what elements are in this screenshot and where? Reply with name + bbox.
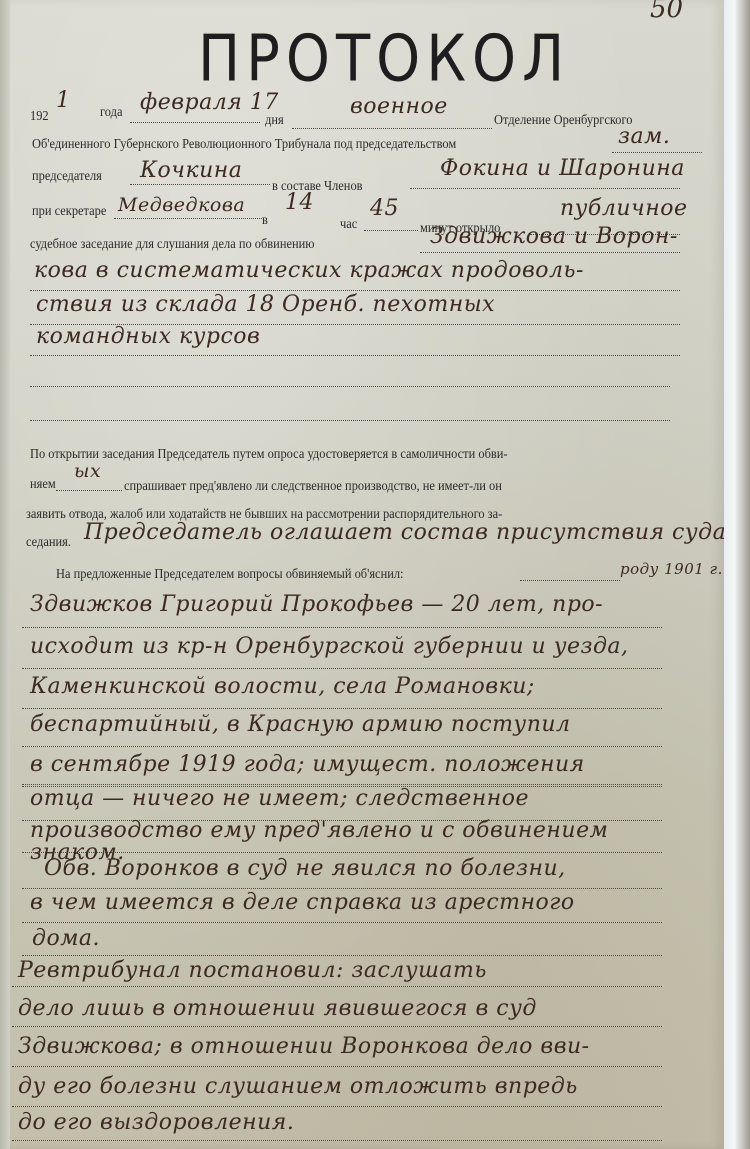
testimony-line: Ревтрибунал постановил: заслушать [18, 958, 487, 983]
testimony-line: исходит из кр-н Оренбургской губернии и … [30, 634, 629, 659]
secretary-handwritten: Медведкова [118, 194, 245, 216]
testimony-line: Обв. Воронков в суд не явился по болезни… [44, 856, 566, 881]
rule [56, 490, 122, 491]
rule [12, 986, 662, 987]
rule [12, 1140, 662, 1141]
opening-line-2-rest: спрашивает пред'явлено ли следственное п… [124, 478, 502, 494]
charge-handwritten-4: командных курсов [36, 324, 260, 349]
page-number-mark: 50 [650, 0, 683, 24]
rule [114, 218, 264, 219]
rule [22, 708, 662, 709]
testimony-line: Здвижков Григорий Прокофьев — 20 лет, пр… [30, 592, 603, 617]
opening-line-4-prefix: седания. [26, 534, 71, 550]
rule [520, 580, 620, 581]
rule [22, 627, 662, 628]
opening-line-5: На предложенные Председателем вопросы об… [56, 566, 404, 582]
chair-title-handwritten: зам. [618, 124, 670, 149]
testimony-line: Каменкинской волости, села Романовки; [30, 674, 535, 699]
birth-year-note: роду 1901 г. [620, 560, 723, 578]
year-label: года [100, 104, 122, 120]
rule [22, 784, 662, 785]
department-handwritten: военное [350, 94, 448, 119]
document-title: ПРОТОКОЛ [198, 22, 570, 97]
chair-name-handwritten: Кочкина [140, 158, 242, 183]
rule [130, 122, 260, 123]
testimony-line: дело лишь в отношении явившегося в суд [18, 996, 537, 1021]
tribunal-name: Об'единенного Губернского Революционного… [32, 136, 456, 152]
page-binding-edge [0, 0, 10, 1149]
rule [30, 386, 670, 387]
rule [22, 888, 662, 889]
in-label: в [262, 212, 268, 228]
testimony-line: в чем имеется в деле справка из арестног… [30, 890, 575, 915]
charge-label: судебное заседание для слушания дела по … [30, 236, 315, 252]
rule [22, 922, 662, 923]
testimony-line: до его выздоровления. [18, 1110, 294, 1135]
secretary-label: при секретаре [32, 203, 106, 219]
rule [292, 128, 492, 129]
testimony-line: дома. [32, 926, 100, 951]
document-page: 50 ПРОТОКОЛ 192 1 года февраля 17 дня во… [0, 0, 724, 1149]
opening-line-1: По открытии заседания Председатель путем… [30, 446, 508, 462]
testimony-line: ду его болезни слушанием отложить впредь [18, 1074, 578, 1099]
department-label: Отделение Оренбургского [494, 112, 633, 128]
rule [612, 152, 702, 153]
month-handwritten: февраля 17 [140, 90, 279, 115]
charge-handwritten-1: Здвижкова и Ворон- [430, 224, 678, 249]
rule [364, 230, 418, 231]
testimony-line: в сентябре 1919 года; имущест. положения [30, 752, 585, 777]
year-handwritten: 1 [56, 88, 71, 113]
members-handwritten: Фокина и Шаронина [440, 156, 685, 181]
day-label: дня [265, 112, 284, 128]
rule [30, 355, 680, 356]
charge-handwritten-2: кова в систематических кражах продоволь- [34, 258, 584, 283]
rule [12, 1066, 662, 1067]
testimony-line: беспартийный, в Красную армию поступил [30, 712, 571, 737]
rule [30, 290, 680, 291]
year-prefix: 192 [30, 108, 49, 124]
rule [30, 420, 670, 421]
opening-line-4-handwritten: Председатель оглашает состав присутствия… [84, 520, 726, 545]
hour-handwritten: 14 [285, 190, 314, 215]
hour-label: час [340, 216, 357, 232]
chair-label: председателя [32, 168, 102, 184]
opening-line-2-handwritten: ых [74, 460, 101, 482]
opening-line-2-prefix: няем [30, 476, 56, 492]
rule [22, 668, 662, 669]
rule [420, 252, 680, 253]
rule [130, 184, 270, 185]
charge-handwritten-3: ствия из склада 18 Оренб. пехотных [36, 292, 495, 317]
testimony-line: Здвижкова; в отношении Воронкова дело вв… [18, 1034, 590, 1059]
page-background-edge [724, 0, 750, 1149]
session-type-handwritten: публичное [560, 196, 687, 221]
rule [22, 955, 662, 956]
rule [12, 1106, 662, 1107]
rule [22, 746, 662, 747]
rule [12, 1026, 662, 1027]
rule [410, 188, 680, 189]
testimony-line: отца — ничего не имеет; следственное [30, 786, 529, 811]
minute-handwritten: 45 [370, 196, 399, 221]
